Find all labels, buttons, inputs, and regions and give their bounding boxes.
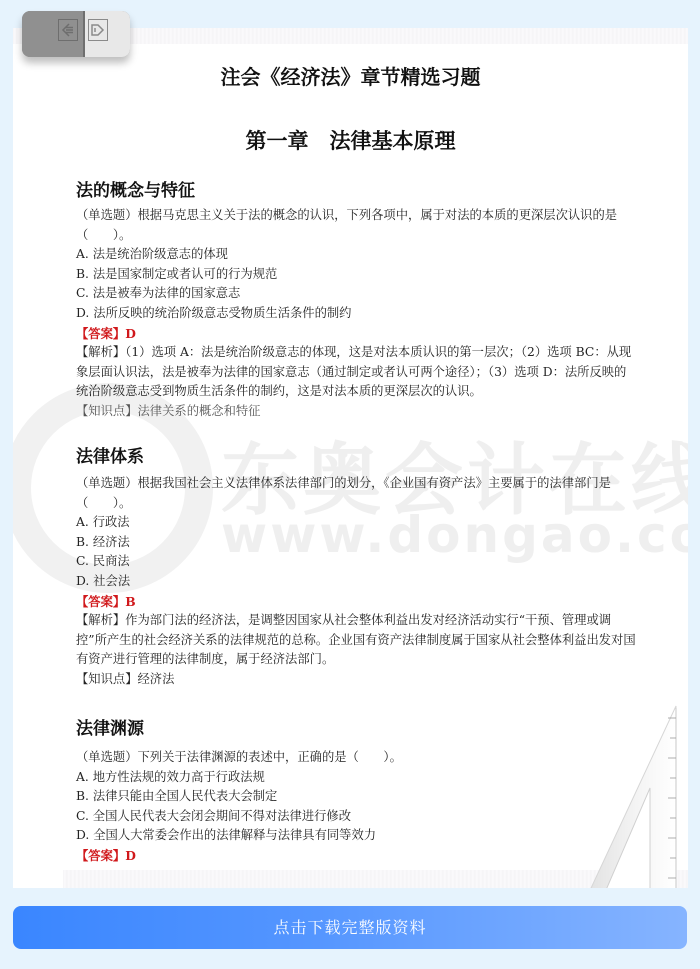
answer-line: 【答案】D — [76, 846, 636, 866]
knowledge-line: 【知识点】法律关系的概念和特征 — [76, 402, 636, 422]
answer-value: D — [125, 326, 136, 341]
analysis-line: 【解析】（1）选项 A：法是统治阶级意志的体现，这是对法本质认识的第一层次；（2… — [76, 343, 636, 402]
page-toolbar — [22, 11, 130, 57]
answer-line: 【答案】B — [76, 592, 636, 612]
knowledge-text: 经济法 — [138, 672, 175, 686]
answer-label: 【答案】 — [76, 326, 125, 341]
option-c: C. 法是被奉为法律的国家意志 — [76, 284, 636, 304]
knowledge-line: 【知识点】经济法 — [76, 670, 636, 690]
question-text: （单选题）根据我国社会主义法律体系法律部门的划分，《企业国有资产法》主要属于的法… — [76, 474, 636, 513]
option-b: B. 经济法 — [76, 533, 636, 553]
option-d: D. 社会法 — [76, 572, 636, 592]
option-c: C. 全国人民代表大会闭会期间不得对法律进行修改 — [76, 807, 636, 827]
knowledge-label: 【知识点】 — [76, 404, 138, 418]
answer-value: D — [125, 848, 136, 863]
option-d: D. 全国人大常委会作出的法律解释与法律具有同等效力 — [76, 826, 636, 846]
download-full-document-button[interactable]: 点击下载完整版资料 — [13, 906, 687, 949]
collapse-button[interactable] — [22, 11, 85, 57]
answer-line: 【答案】D — [76, 324, 636, 344]
question-text: （单选题）下列关于法律渊源的表述中，正确的是（ ）。 — [76, 748, 636, 768]
analysis-line: 【解析】作为部门法的经济法，是调整因国家从社会整体利益出发对经济活动实行“干预、… — [76, 611, 636, 670]
option-c: C. 民商法 — [76, 552, 636, 572]
answer-value: B — [125, 594, 135, 609]
analysis-label: 【解析】 — [76, 345, 125, 359]
expand-button[interactable] — [85, 11, 130, 57]
section-heading: 法律体系 — [76, 442, 144, 467]
option-b: B. 法是国家制定或者认可的行为规范 — [76, 265, 636, 285]
answer-label: 【答案】 — [76, 594, 125, 609]
expand-right-icon — [88, 19, 108, 41]
question-text: （单选题）根据马克思主义关于法的概念的认识，下列各项中，属于对法的本质的更深层次… — [76, 206, 636, 245]
analysis-text: （1）选项 A：法是统治阶级意志的体现，这是对法本质认识的第一层次；（2）选项 … — [76, 345, 631, 398]
knowledge-label: 【知识点】 — [76, 672, 138, 686]
answer-label: 【答案】 — [76, 848, 125, 863]
section-heading: 法的概念与特征 — [76, 176, 195, 201]
option-a: A. 行政法 — [76, 513, 636, 533]
document-title: 注会《经济法》章节精选习题 — [13, 61, 688, 90]
analysis-label: 【解析】 — [76, 613, 125, 627]
option-b: B. 法律只能由全国人民代表大会制定 — [76, 787, 636, 807]
question-block: （单选题）根据我国社会主义法律体系法律部门的划分，《企业国有资产法》主要属于的法… — [76, 474, 636, 690]
question-block: （单选题）下列关于法律渊源的表述中，正确的是（ ）。 A. 地方性法规的效力高于… — [76, 748, 636, 866]
collapse-left-icon — [58, 19, 78, 41]
knowledge-text: 法律关系的概念和特征 — [138, 404, 261, 418]
section-heading: 法律渊源 — [76, 714, 144, 739]
analysis-text: 作为部门法的经济法，是调整因国家从社会整体利益出发对经济活动实行“干预、管理或调… — [76, 613, 636, 666]
chapter-title: 第一章 法律基本原理 — [13, 125, 688, 155]
option-d: D. 法所反映的统治阶级意志受物质生活条件的制约 — [76, 304, 636, 324]
question-block: （单选题）根据马克思主义关于法的概念的认识，下列各项中，属于对法的本质的更深层次… — [76, 206, 636, 422]
option-a: A. 法是统治阶级意志的体现 — [76, 245, 636, 265]
document-page: 东奥会计在线 www.dongao.com — [13, 28, 688, 888]
option-a: A. 地方性法规的效力高于行政法规 — [76, 768, 636, 788]
